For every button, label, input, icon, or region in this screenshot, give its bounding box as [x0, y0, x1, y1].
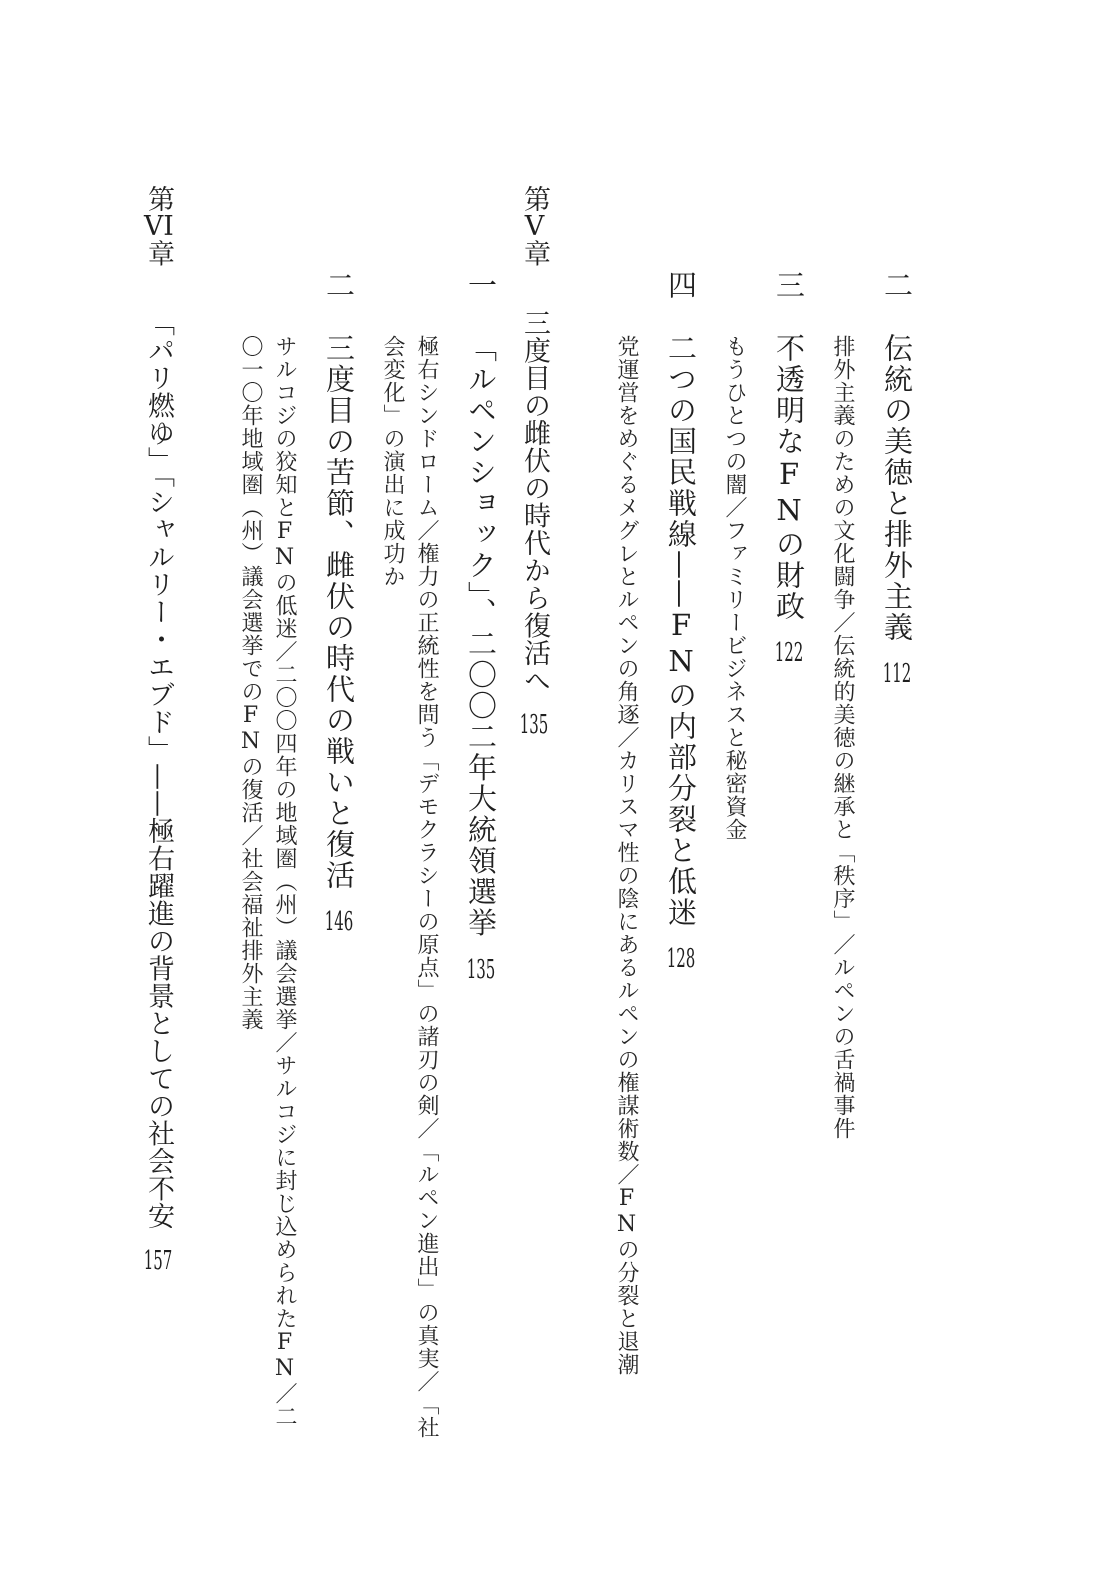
chapter-number-suffix: 章: [143, 240, 174, 268]
item-number: 二: [322, 270, 356, 301]
chapter-number-prefix: 第: [519, 185, 550, 213]
item-title: 三度目の苦節、雌伏の時代の戦いと復活: [322, 333, 356, 891]
item-number: 四: [664, 270, 698, 301]
chapter-page-number: 157: [143, 1248, 173, 1274]
toc-item: 三不透明なFNの財政122: [771, 185, 807, 1448]
em-dash: ——: [143, 763, 174, 817]
chapter-page-number: 135: [519, 712, 549, 738]
item-title: 「ルペンショック」、二〇〇二年大統領選挙: [464, 333, 498, 939]
toc-item: 二伝統の美徳と排外主義112: [879, 185, 915, 1448]
item-number: 二: [880, 270, 914, 301]
chapter-number: 第V章: [519, 185, 550, 267]
chapter-number-suffix: 章: [519, 240, 550, 268]
item-subtitle: 極右シンドローム／権力の正統性を問う「デモクラシーの原点」の諸刃の剣／「ルペン進…: [375, 185, 443, 1448]
toc-item: 一「ルペンショック」、二〇〇二年大統領選挙135: [463, 185, 499, 1448]
item-page-number: 122: [774, 640, 804, 666]
chapter-title: 三度目の雌伏の時代から復活へ: [519, 309, 550, 694]
item-page-number: 146: [324, 909, 354, 935]
item-subtitle: 党運営をめぐるメグレとルペンの角逐／カリスマ性の陰にあるルペンの権謀術数／FNの…: [609, 185, 643, 1448]
chapter-number: 第VI章: [143, 185, 174, 267]
toc-item: 四二つの国民戦線——FNの内部分裂と低迷128: [663, 185, 699, 1448]
item-page-number: 135: [466, 957, 496, 983]
item-subtitle: サルコジの狡知とFNの低迷／二〇〇四年の地域圏（州）議会選挙／サルコジに封じ込め…: [233, 185, 301, 1448]
item-subtitle: 排外主義のための文化闘争／伝統的美徳の継承と「秩序」／ルペンの舌禍事件: [825, 185, 859, 1448]
chapter-number-roman: VI: [143, 213, 174, 240]
item-title: 伝統の美徳と排外主義: [880, 333, 914, 643]
toc-item: 二三度目の苦節、雌伏の時代の戦いと復活146: [321, 185, 357, 1448]
item-title: 二つの国民戦線——FNの内部分裂と低迷: [664, 333, 698, 928]
toc-chapter: 第VI章「パリ燃ゆ」「シャルリー・エブド」——極右躍進の背景としての社会不安15…: [138, 185, 178, 1448]
item-title: 不透明なFNの財政: [772, 333, 806, 622]
item-page-number: 128: [666, 946, 696, 972]
item-subtitle: もうひとつの闇／ファミリービジネスと秘密資金: [717, 185, 751, 1448]
chapter-title: 「パリ燃ゆ」「シャルリー・エブド」——極右躍進の背景としての社会不安: [143, 309, 174, 1230]
toc-chapter: 第V章三度目の雌伏の時代から復活へ135: [514, 185, 554, 1448]
item-page-number: 112: [882, 661, 912, 687]
item-number: 一: [464, 270, 498, 301]
item-number: 三: [772, 270, 806, 301]
em-dash: ——: [664, 550, 698, 608]
chapter-number-roman: V: [519, 213, 550, 240]
chapter-number-prefix: 第: [143, 185, 174, 213]
toc: 二伝統の美徳と排外主義112排外主義のための文化闘争／伝統的美徳の継承と「秩序」…: [0, 0, 1100, 1593]
